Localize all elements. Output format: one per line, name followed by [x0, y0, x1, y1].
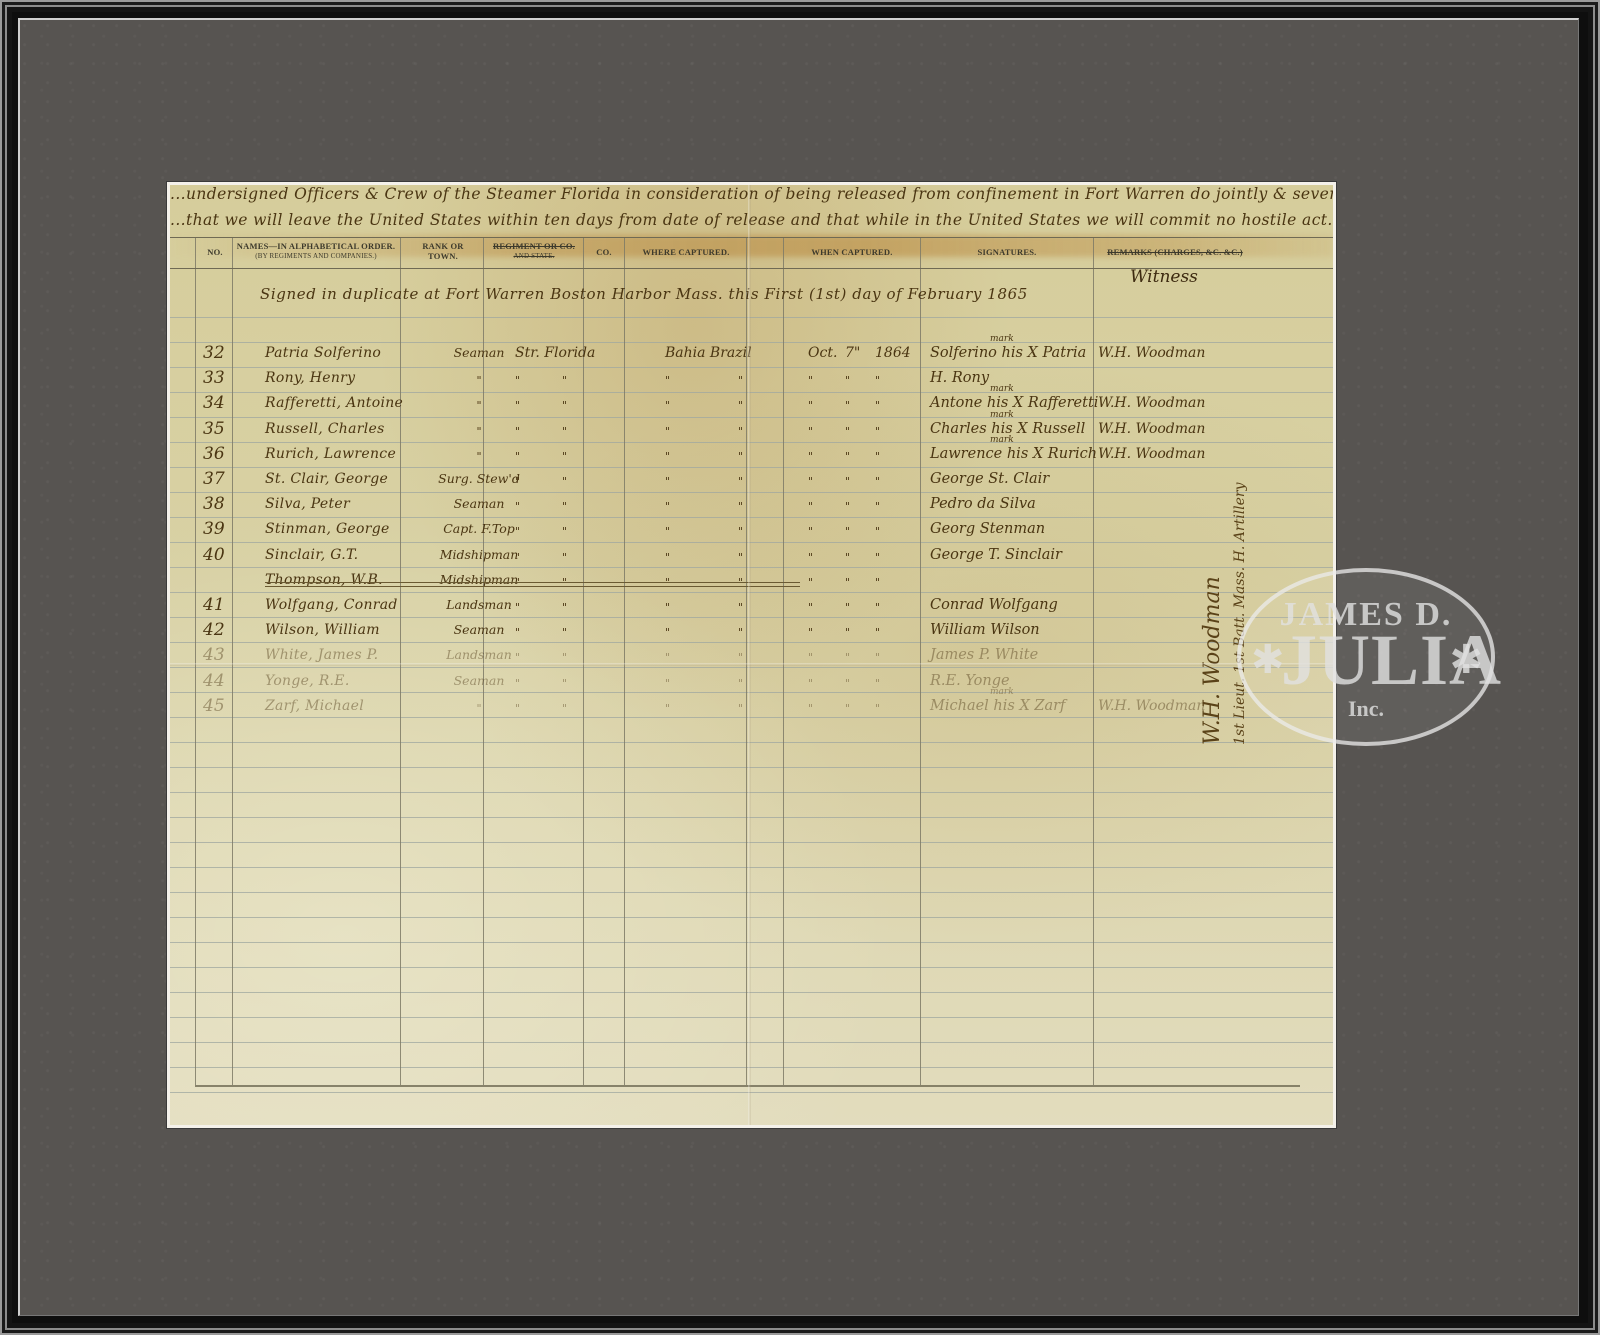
row-when-year: ": [875, 601, 880, 614]
header-rank: Rank or Town.: [408, 241, 478, 261]
row-name: Yonge, R.E.: [265, 673, 350, 689]
row-regiment-ditto: ": [562, 626, 567, 639]
row-name: Rafferetti, Antoine: [265, 395, 403, 411]
row-regiment: ": [515, 475, 520, 488]
row-when-month: ": [808, 399, 813, 412]
header-regiment-label: Regiment or Co.: [493, 241, 575, 251]
row-regiment-ditto: ": [562, 677, 567, 690]
row-where-captured: ": [665, 500, 670, 513]
header-regiment: Regiment or Co. and State.: [488, 241, 580, 261]
row-signature: Antone his X Rafferetti: [930, 395, 1098, 411]
row-where-captured: ": [665, 525, 670, 538]
row-when-day: ": [845, 525, 850, 538]
row-regiment: ": [515, 702, 520, 715]
row-name: Sinclair, G.T.: [265, 547, 358, 563]
row-mark-note: mark: [990, 687, 1014, 697]
row-name: Rurich, Lawrence: [265, 446, 396, 462]
paper-fold: [748, 185, 751, 1125]
row-regiment-ditto: ": [562, 525, 567, 538]
row-when-day: ": [845, 500, 850, 513]
header-where-captured: Where Captured.: [628, 247, 744, 257]
row-regiment-ditto: ": [562, 500, 567, 513]
row-when-year: ": [875, 626, 880, 639]
row-when-day: ": [845, 677, 850, 690]
row-signature: H. Rony: [930, 370, 989, 386]
row-number: 33: [203, 368, 225, 388]
row-where-captured: ": [665, 425, 670, 438]
header-signatures: Signatures.: [924, 247, 1090, 257]
table-row: 40Sinclair, G.T.Midshipman"""""""George …: [170, 545, 1333, 569]
row-when-year: ": [875, 450, 880, 463]
row-when-month: ": [808, 576, 813, 589]
row-where-ditto: ": [738, 425, 743, 438]
row-number: 40: [203, 545, 225, 565]
row-when-month: ": [808, 702, 813, 715]
row-when-day: ": [845, 374, 850, 387]
row-regiment: Str. Florida: [515, 345, 595, 361]
row-name: Wilson, William: [265, 622, 380, 638]
row-when-day: ": [845, 399, 850, 412]
row-name: White, James P.: [265, 647, 378, 663]
row-where-captured: ": [665, 601, 670, 614]
row-signature: James P. White: [930, 647, 1038, 663]
header-when-captured: When Captured.: [786, 247, 918, 257]
row-regiment-ditto: ": [562, 601, 567, 614]
row-when-month: ": [808, 601, 813, 614]
row-name: Rony, Henry: [265, 370, 355, 386]
row-mark-note: mark: [990, 334, 1014, 344]
row-number: 35: [203, 419, 225, 439]
row-witness: W.H. Woodman: [1098, 698, 1205, 714]
header-co: Co.: [586, 247, 622, 257]
row-signature: Georg Stenman: [930, 521, 1045, 537]
row-when-day: ": [845, 626, 850, 639]
row-where-captured: ": [665, 450, 670, 463]
paper-fold: [170, 663, 1333, 666]
row-regiment: ": [515, 601, 520, 614]
row-when-year: ": [875, 702, 880, 715]
row-signature: Lawrence his X Rurich: [930, 446, 1097, 462]
row-when-month: ": [808, 626, 813, 639]
table-row-struck: Thompson, W.B.Midshipman""""""": [170, 570, 1333, 594]
row-regiment-ditto: ": [562, 399, 567, 412]
row-regiment-ditto: ": [562, 475, 567, 488]
vertical-signature-officer: 1st Lieut. 1st Batt. Mass. H. Artillery: [1232, 482, 1248, 745]
row-name: Patria Solferino: [265, 345, 381, 361]
row-when-month: ": [808, 475, 813, 488]
row-regiment: ": [515, 450, 520, 463]
header-no: No.: [200, 247, 230, 257]
row-number: 36: [203, 444, 225, 464]
row-mark-note: mark: [990, 435, 1014, 445]
row-where-captured: ": [665, 399, 670, 412]
row-where-ditto: ": [738, 601, 743, 614]
table-row: 33Rony, Henry""""""""H. Rony: [170, 368, 1333, 392]
preamble-line-2: ...that we will leave the United States …: [170, 211, 1333, 239]
row-when-month: ": [808, 525, 813, 538]
table-row: 32Patria SolferinoSeamanStr. FloridaBahi…: [170, 343, 1333, 367]
table-row: 38Silva, PeterSeaman"""""""Pedro da Silv…: [170, 494, 1333, 518]
table-row: 34Rafferetti, Antoine""""""""Antone his …: [170, 393, 1333, 417]
row-signature: Conrad Wolfgang: [930, 597, 1058, 613]
row-where-captured: ": [665, 626, 670, 639]
table-row: 44Yonge, R.E.Seaman"""""""R.E. Yonge: [170, 671, 1333, 695]
row-when-day: ": [845, 601, 850, 614]
table-row: 35Russell, Charles""""""""Charles his X …: [170, 419, 1333, 443]
strike-double-rule: [265, 582, 800, 587]
row-regiment-ditto: ": [562, 425, 567, 438]
table-row: 42Wilson, WilliamSeaman"""""""William Wi…: [170, 620, 1333, 644]
table-row: 41Wolfgang, ConradLandsman"""""""Conrad …: [170, 595, 1333, 619]
row-number: 41: [203, 595, 225, 615]
row-signature: George T. Sinclair: [930, 547, 1062, 563]
row-witness: W.H. Woodman: [1098, 446, 1205, 462]
row-name: St. Clair, George: [265, 471, 388, 487]
row-when-month: ": [808, 551, 813, 564]
row-when-month: ": [808, 450, 813, 463]
row-when-year: ": [875, 399, 880, 412]
row-where-ditto: ": [738, 626, 743, 639]
row-signature: George St. Clair: [930, 471, 1049, 487]
row-when-year: ": [875, 374, 880, 387]
row-when-month: ": [808, 677, 813, 690]
header-regiment-sub: and State.: [488, 251, 580, 261]
row-signature: Pedro da Silva: [930, 496, 1036, 512]
table-row: 36Rurich, Lawrence""""""""Lawrence his X…: [170, 444, 1333, 468]
row-number: 38: [203, 494, 225, 514]
row-where-ditto: ": [738, 450, 743, 463]
row-witness: W.H. Woodman: [1098, 395, 1205, 411]
row-when-day: ": [845, 450, 850, 463]
row-where-captured: ": [665, 374, 670, 387]
row-signature: Michael his X Zarf: [930, 698, 1065, 714]
row-when-year: ": [875, 425, 880, 438]
row-where-captured: ": [665, 475, 670, 488]
row-regiment: ": [515, 399, 520, 412]
row-number: 45: [203, 696, 225, 716]
row-where-ditto: ": [738, 374, 743, 387]
row-where-ditto: ": [738, 399, 743, 412]
row-number: 42: [203, 620, 225, 640]
table-row: 39Stinman, GeorgeCapt. F.Top"""""""Georg…: [170, 519, 1333, 543]
row-when-month: ": [808, 500, 813, 513]
row-mark-note: mark: [990, 410, 1014, 420]
row-when-year: ": [875, 576, 880, 589]
row-number: 34: [203, 393, 225, 413]
preamble-line-1: ...undersigned Officers & Crew of the St…: [170, 185, 1333, 213]
row-signature: Solferino his X Patria: [930, 345, 1086, 361]
row-when-month: ": [808, 425, 813, 438]
row-mark-note: mark: [990, 384, 1014, 394]
document-sheet: ...undersigned Officers & Crew of the St…: [167, 182, 1336, 1128]
row-regiment: ": [515, 677, 520, 690]
row-where-captured: Bahia Brazil: [665, 345, 752, 361]
row-name: Wolfgang, Conrad: [265, 597, 398, 613]
row-number: 39: [203, 519, 225, 539]
header-names-label: Names—In Alphabetical Order.: [237, 241, 395, 251]
row-name: Zarf, Michael: [265, 698, 364, 714]
header-remarks-struck: Remarks (Charges, &c. &c.): [1100, 247, 1250, 257]
row-regiment: ": [515, 425, 520, 438]
row-when-day: ": [845, 576, 850, 589]
vertical-signature-woodman: W.H. Woodman: [1200, 576, 1225, 745]
row-when-day: 7": [845, 345, 860, 361]
row-witness: W.H. Woodman: [1098, 421, 1205, 437]
row-number: 32: [203, 343, 225, 363]
row-regiment-ditto: ": [562, 450, 567, 463]
row-where-ditto: ": [738, 702, 743, 715]
row-number: 37: [203, 469, 225, 489]
header-names: Names—In Alphabetical Order. (By Regimen…: [236, 241, 396, 261]
row-name: Silva, Peter: [265, 496, 350, 512]
row-where-ditto: ": [738, 525, 743, 538]
row-when-year: ": [875, 677, 880, 690]
row-when-year: ": [875, 475, 880, 488]
row-signature: William Wilson: [930, 622, 1040, 638]
row-when-year: ": [875, 500, 880, 513]
row-where-captured: ": [665, 702, 670, 715]
row-regiment: ": [515, 525, 520, 538]
row-when-day: ": [845, 475, 850, 488]
row-when-day: ": [845, 702, 850, 715]
row-where-ditto: ": [738, 475, 743, 488]
row-when-month: Oct.: [808, 345, 837, 361]
row-when-year: 1864: [875, 345, 911, 361]
row-where-captured: ": [665, 677, 670, 690]
row-number: 44: [203, 671, 225, 691]
header-witness: Witness: [1130, 267, 1198, 287]
row-where-ditto: ": [738, 500, 743, 513]
row-name: Stinman, George: [265, 521, 390, 537]
table-row: 37St. Clair, GeorgeSurg. Stew'd"""""""Ge…: [170, 469, 1333, 493]
row-regiment-ditto: ": [562, 374, 567, 387]
row-where-ditto: ": [738, 677, 743, 690]
row-regiment: ": [515, 551, 520, 564]
row-when-year: ": [875, 551, 880, 564]
row-name: Russell, Charles: [265, 421, 385, 437]
row-regiment-ditto: ": [562, 702, 567, 715]
row-where-ditto: ": [738, 551, 743, 564]
row-regiment: ": [515, 626, 520, 639]
table-row: 45Zarf, Michael""""""""Michael his X Zar…: [170, 696, 1333, 720]
row-when-month: ": [808, 374, 813, 387]
row-when-year: ": [875, 525, 880, 538]
row-witness: W.H. Woodman: [1098, 345, 1205, 361]
row-where-captured: ": [665, 551, 670, 564]
row-when-day: ": [845, 425, 850, 438]
row-regiment: ": [515, 374, 520, 387]
row-regiment-ditto: ": [562, 551, 567, 564]
row-regiment: ": [515, 500, 520, 513]
header-names-sub: (By Regiments and Companies.): [236, 251, 396, 261]
row-when-day: ": [845, 551, 850, 564]
signed-in-duplicate-line: Signed in duplicate at Fort Warren Bosto…: [260, 285, 1028, 303]
